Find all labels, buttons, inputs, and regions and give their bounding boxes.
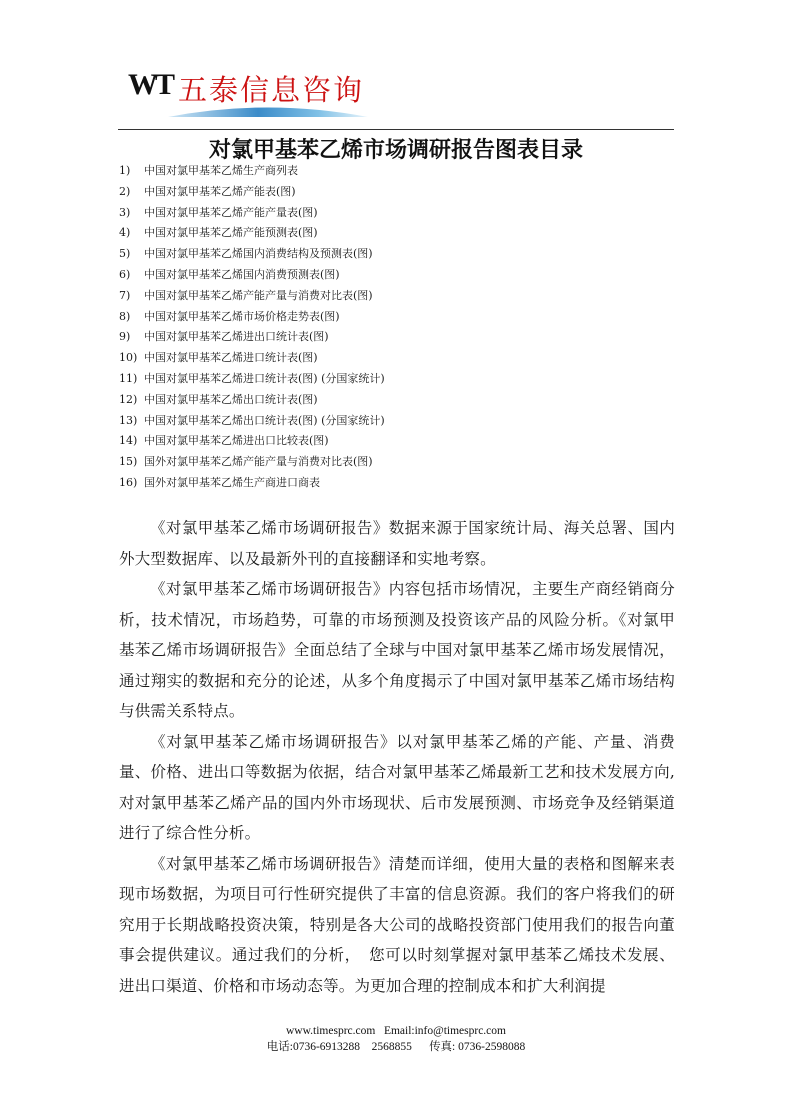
website-link[interactable]: www.timesprc.com xyxy=(286,1025,375,1037)
company-logo: WT 五泰信息咨询 xyxy=(128,64,378,120)
page-title: 对氯甲基苯乙烯市场调研报告图表目录 xyxy=(0,133,792,164)
list-item: 7)中国对氯甲基苯乙烯产能产量与消费对比表(图) xyxy=(119,286,385,307)
logo-mark: WT xyxy=(128,68,172,102)
page-footer: www.timesprc.com Email:info@timesprc.com… xyxy=(0,1023,792,1055)
phone-number-2: 2568855 xyxy=(372,1041,412,1053)
list-item: 12)中国对氯甲基苯乙烯出口统计表(图) xyxy=(119,390,385,411)
list-item: 14)中国对氯甲基苯乙烯进出口比较表(图) xyxy=(119,431,385,452)
paragraph: 《对氯甲基苯乙烯市场调研报告》清楚而详细，使用大量的表格和图解来表现市场数据，为… xyxy=(119,849,675,1002)
logo-company-name: 五泰信息咨询 xyxy=(178,68,364,109)
list-item: 16)国外对氯甲基苯乙烯生产商进口商表 xyxy=(119,473,385,494)
paragraph: 《对氯甲基苯乙烯市场调研报告》以对氯甲基苯乙烯的产能、产量、消费量、价格、进出口… xyxy=(119,727,675,849)
list-item: 5)中国对氯甲基苯乙烯国内消费结构及预测表(图) xyxy=(119,244,385,265)
list-item: 10)中国对氯甲基苯乙烯进口统计表(图) xyxy=(119,348,385,369)
list-item: 3)中国对氯甲基苯乙烯产能产量表(图) xyxy=(119,203,385,224)
list-item: 2)中国对氯甲基苯乙烯产能表(图) xyxy=(119,182,385,203)
list-item: 8)中国对氯甲基苯乙烯市场价格走势表(图) xyxy=(119,307,385,328)
list-item: 13)中国对氯甲基苯乙烯出口统计表(图) (分国家统计) xyxy=(119,411,385,432)
figure-list: 1)中国对氯甲基苯乙烯生产商列表 2)中国对氯甲基苯乙烯产能表(图) 3)中国对… xyxy=(119,161,385,494)
email-link[interactable]: Email:info@timesprc.com xyxy=(384,1025,506,1037)
list-item: 9)中国对氯甲基苯乙烯进出口统计表(图) xyxy=(119,327,385,348)
report-description: 《对氯甲基苯乙烯市场调研报告》数据来源于国家统计局、海关总署、国内外大型数据库、… xyxy=(119,513,675,1001)
logo-swoosh-icon xyxy=(168,104,368,118)
footer-contact-line-1: www.timesprc.com Email:info@timesprc.com xyxy=(0,1023,792,1039)
list-item: 11)中国对氯甲基苯乙烯进口统计表(图) (分国家统计) xyxy=(119,369,385,390)
paragraph: 《对氯甲基苯乙烯市场调研报告》数据来源于国家统计局、海关总署、国内外大型数据库、… xyxy=(119,513,675,574)
paragraph: 《对氯甲基苯乙烯市场调研报告》内容包括市场情况，主要生产商经销商分析，技术情况，… xyxy=(119,574,675,727)
header-divider xyxy=(118,129,674,130)
footer-contact-line-2: 电话:0736-6913288 2568855 传真: 0736-2598088 xyxy=(0,1039,792,1055)
fax-number: 传真: 0736-2598088 xyxy=(429,1041,525,1053)
list-item: 15)国外对氯甲基苯乙烯产能产量与消费对比表(图) xyxy=(119,452,385,473)
list-item: 1)中国对氯甲基苯乙烯生产商列表 xyxy=(119,161,385,182)
phone-number: 电话:0736-6913288 xyxy=(267,1041,360,1053)
list-item: 6)中国对氯甲基苯乙烯国内消费预测表(图) xyxy=(119,265,385,286)
list-item: 4)中国对氯甲基苯乙烯产能预测表(图) xyxy=(119,223,385,244)
